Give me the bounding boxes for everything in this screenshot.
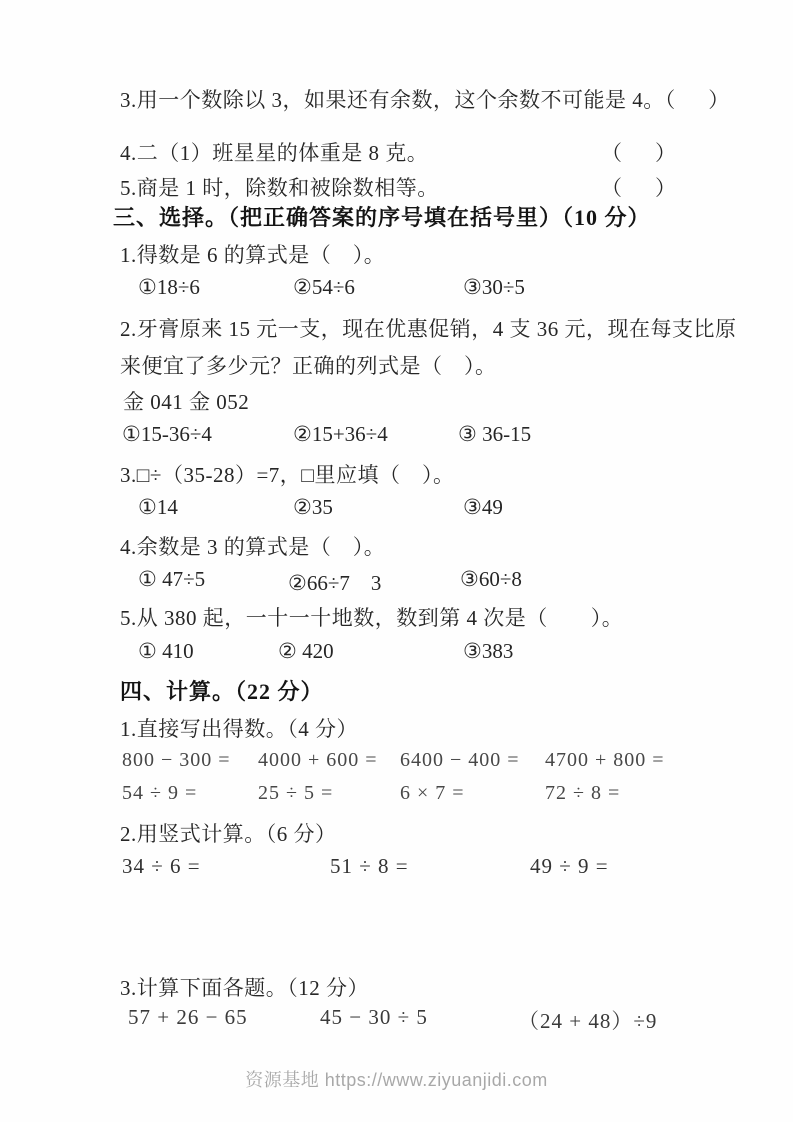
judging-item-5-answer-paren: （ ） (601, 172, 682, 202)
choice-q2-stem-line1: 2.牙膏原来 15 元一支，现在优惠促销，4 支 36 元，现在每支比原 (120, 313, 737, 343)
calc-part1-eq-5: 54 ÷ 9 = (122, 782, 197, 805)
calc-part1-eq-6: 25 ÷ 5 = (258, 782, 333, 805)
calc-part3-problem-2: 45 − 30 ÷ 5 (320, 1005, 428, 1030)
choice-q2-option-3: ③ 36-15 (458, 422, 531, 447)
choice-q3-option-2: ②35 (293, 495, 333, 520)
choice-q4-option-3: ③60÷8 (460, 567, 522, 592)
choice-q5-option-1: ① 410 (138, 639, 194, 664)
judging-item-4: 4.二（1）班星星的体重是 8 克。 (120, 137, 428, 167)
choice-q4-option-1: ① 47÷5 (138, 567, 205, 592)
choice-q2-note: 金 041 金 052 (123, 386, 249, 416)
calc-part1-eq-3: 6400 − 400 = (400, 749, 520, 772)
test-paper-page: 3.用一个数除以 3，如果还有余数，这个余数不可能是 4。（ ） 4.二（1）班… (0, 0, 793, 1122)
choice-q3-option-1: ①14 (138, 495, 178, 520)
choice-q3-stem: 3.□÷（35-28）=7，□里应填（ ）。 (120, 459, 454, 489)
calc-part1-eq-4: 4700 + 800 = (545, 749, 665, 772)
choice-q1-option-1: ①18÷6 (138, 275, 200, 300)
calc-part1-eq-8: 72 ÷ 8 = (545, 782, 620, 805)
calc-part2-problem-3: 49 ÷ 9 = (530, 854, 609, 879)
judging-item-3: 3.用一个数除以 3，如果还有余数，这个余数不可能是 4。（ ） (120, 84, 735, 114)
judging-item-5: 5.商是 1 时，除数和被除数相等。 (120, 172, 439, 202)
judging-item-3-answer-paren: （ ） (665, 88, 736, 112)
choice-q2-option-2: ②15+36÷4 (293, 422, 388, 447)
choice-q2-stem-line2: 来便宜了多少元？正确的列式是（ ）。 (120, 350, 497, 380)
footer-site-credit: 资源基地 https://www.ziyuanjidi.com (0, 1066, 793, 1092)
calc-part2-problem-2: 51 ÷ 8 = (330, 854, 409, 879)
calc-part2-problem-1: 34 ÷ 6 = (122, 854, 201, 879)
calc-section-heading: 四、计算。（22 分） (120, 675, 324, 706)
choice-q1-stem: 1.得数是 6 的算式是（ ）。 (120, 239, 385, 269)
judging-item-4-stem: 4.二（1）班星星的体重是 8 克。 (120, 141, 428, 165)
choice-q4-stem: 4.余数是 3 的算式是（ ）。 (120, 531, 385, 561)
calc-part1-eq-7: 6 × 7 = (400, 782, 465, 805)
choice-q3-option-3: ③49 (463, 495, 503, 520)
choice-q5-stem: 5.从 380 起，一十一十地数，数到第 4 次是（ ）。 (120, 602, 623, 632)
choice-section-heading: 三、选择。（把正确答案的序号填在括号里）（10 分） (113, 201, 651, 232)
judging-item-5-stem: 5.商是 1 时，除数和被除数相等。 (120, 176, 439, 200)
choice-q1-option-3: ③30÷5 (463, 275, 525, 300)
calc-part1-eq-1: 800 − 300 = (122, 749, 231, 772)
choice-q1-option-2: ②54÷6 (293, 275, 355, 300)
choice-q2-option-1: ①15-36÷4 (122, 422, 212, 447)
calc-part1-eq-2: 4000 + 600 = (258, 749, 378, 772)
choice-q4-option-2: ②66÷7 3 (288, 567, 381, 597)
calc-part1-title: 1.直接写出得数。（4 分） (120, 713, 358, 743)
calc-part3-problem-1: 57 + 26 − 65 (128, 1005, 248, 1030)
calc-part3-problem-3: （24 + 48）÷9 (518, 1005, 657, 1035)
judging-item-4-answer-paren: （ ） (601, 137, 682, 167)
judging-item-3-stem: 3.用一个数除以 3，如果还有余数，这个余数不可能是 4。 (120, 88, 665, 112)
calc-part2-title: 2.用竖式计算。（6 分） (120, 818, 337, 848)
calc-part3-title: 3.计算下面各题。（12 分） (120, 972, 369, 1002)
choice-q5-option-3: ③383 (463, 639, 513, 664)
choice-q5-option-2: ② 420 (278, 639, 334, 664)
